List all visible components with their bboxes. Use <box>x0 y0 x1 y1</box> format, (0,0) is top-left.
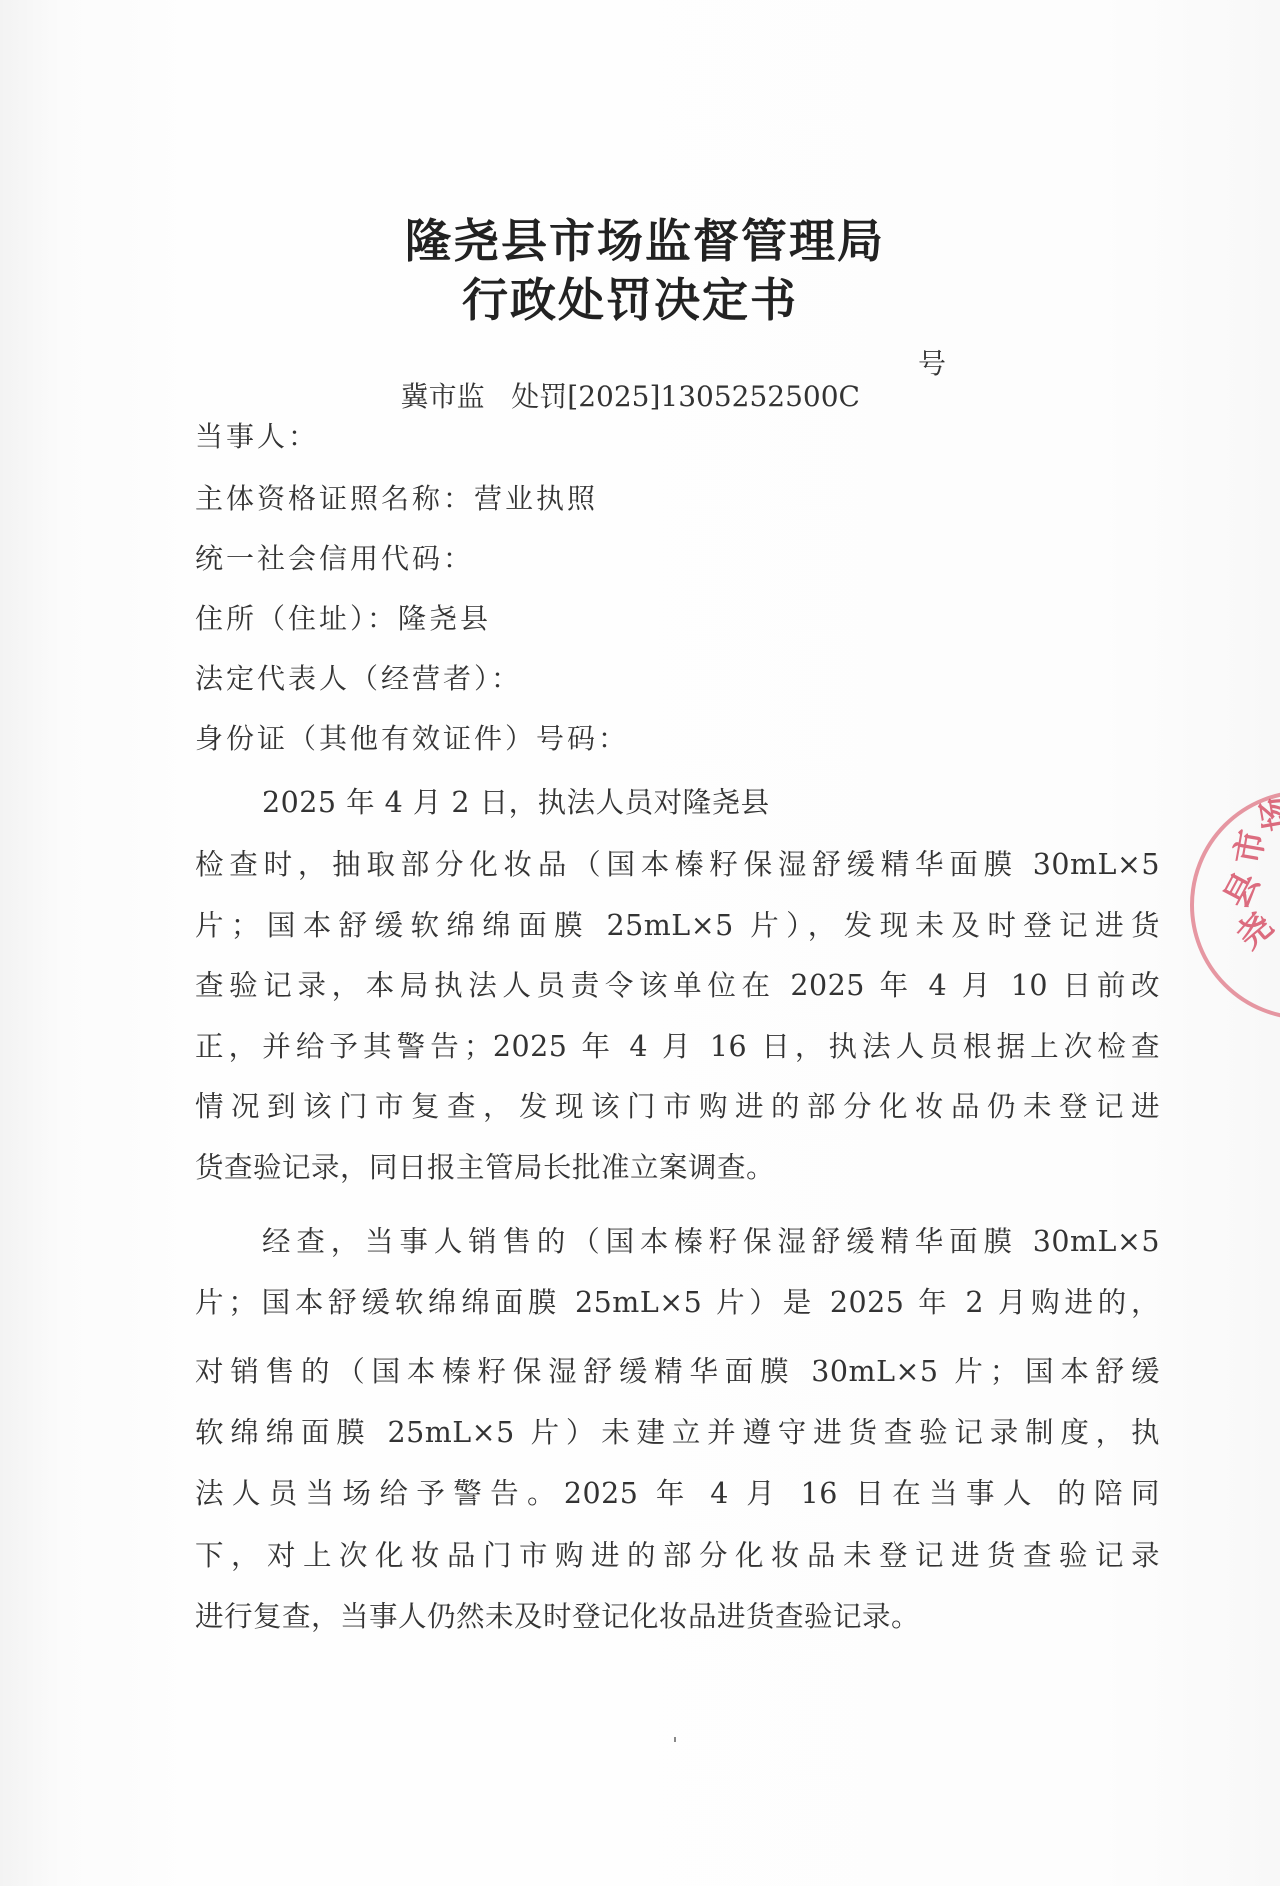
field-label: 主体资格证照名称： <box>195 482 474 515</box>
field-value: 隆尧县 <box>398 602 491 635</box>
body-line: 情况到该门市复查，发现该门市购进的部分化妆品仍未登记进 <box>195 1084 1160 1125</box>
field-label: 当事人： <box>195 420 319 453</box>
field-license-name: 主体资格证照名称：营业执照 <box>195 477 598 517</box>
body-line: 正，并给予其警告；2025 年 4 月 16 日，执法人员根据上次检查 <box>195 1024 1160 1065</box>
stamp-char: 场 <box>1246 794 1280 836</box>
field-label: 住所（住址）： <box>195 602 398 635</box>
field-party: 当事人： <box>195 415 319 455</box>
field-label: 法定代表人（经营者）： <box>195 662 522 695</box>
stamp-char: 县 <box>1209 862 1268 915</box>
document-type-title: 行政处罚决定书 <box>0 264 1270 330</box>
body-line: 进行复查，当事人仍然未及时登记化妆品进货查验记录。 <box>195 1594 920 1635</box>
body-line: 片；国本舒缓软绵绵面膜 25mL×5 片），发现未及时登记进货 <box>195 903 1160 944</box>
document-number-suffix: 号 <box>918 342 946 382</box>
official-seal-stamp: 尧 县 市 场 <box>1190 790 1280 1020</box>
body-line: 对销售的（国本榛籽保湿舒缓精华面膜 30mL×5 片；国本舒缓 <box>195 1349 1160 1390</box>
body-line: 法人员当场给予警告。2025 年 4 月 16 日在当事人 的陪同 <box>195 1471 1160 1512</box>
document-number: 冀市监 处罚[2025]1305252500C 号 <box>365 342 860 481</box>
body-line: 2025 年 4 月 2 日，执法人员对隆尧县 <box>262 780 770 821</box>
field-legal-representative: 法定代表人（经营者）： <box>195 657 522 697</box>
field-address: 住所（住址）：隆尧县 <box>195 597 491 637</box>
field-label: 身份证（其他有效证件）号码： <box>195 722 629 755</box>
field-credit-code: 统一社会信用代码： <box>195 537 474 577</box>
body-line: 下，对上次化妆品门市购进的部分化妆品未登记进货查验记录 <box>195 1533 1160 1574</box>
body-line: 货查验记录，同日报主管局长批准立案调查。 <box>195 1145 775 1186</box>
paper-speck <box>674 1737 676 1742</box>
field-value: 营业执照 <box>474 482 598 515</box>
field-id-number: 身份证（其他有效证件）号码： <box>195 717 629 757</box>
document-page: 隆尧县市场监督管理局 行政处罚决定书 冀市监 处罚[2025]130525250… <box>0 0 1280 1886</box>
body-line: 经查，当事人销售的（国本榛籽保湿舒缓精华面膜 30mL×5 <box>262 1219 1160 1260</box>
body-line: 片；国本舒缓软绵绵面膜 25mL×5 片）是 2025 年 2 月购进的， <box>195 1280 1160 1321</box>
document-number-prefix: 冀市监 处罚[2025]1305252500C <box>401 380 860 413</box>
field-label: 统一社会信用代码： <box>195 542 474 575</box>
body-line: 查验记录，本局执法人员责令该单位在 2025 年 4 月 10 日前改 <box>195 963 1160 1004</box>
body-line: 检查时，抽取部分化妆品（国本榛籽保湿舒缓精华面膜 30mL×5 <box>195 842 1160 883</box>
issuing-authority-title: 隆尧县市场监督管理局 <box>5 205 1280 271</box>
body-line: 软绵绵面膜 25mL×5 片）未建立并遵守进货查验记录制度，执 <box>195 1410 1160 1451</box>
